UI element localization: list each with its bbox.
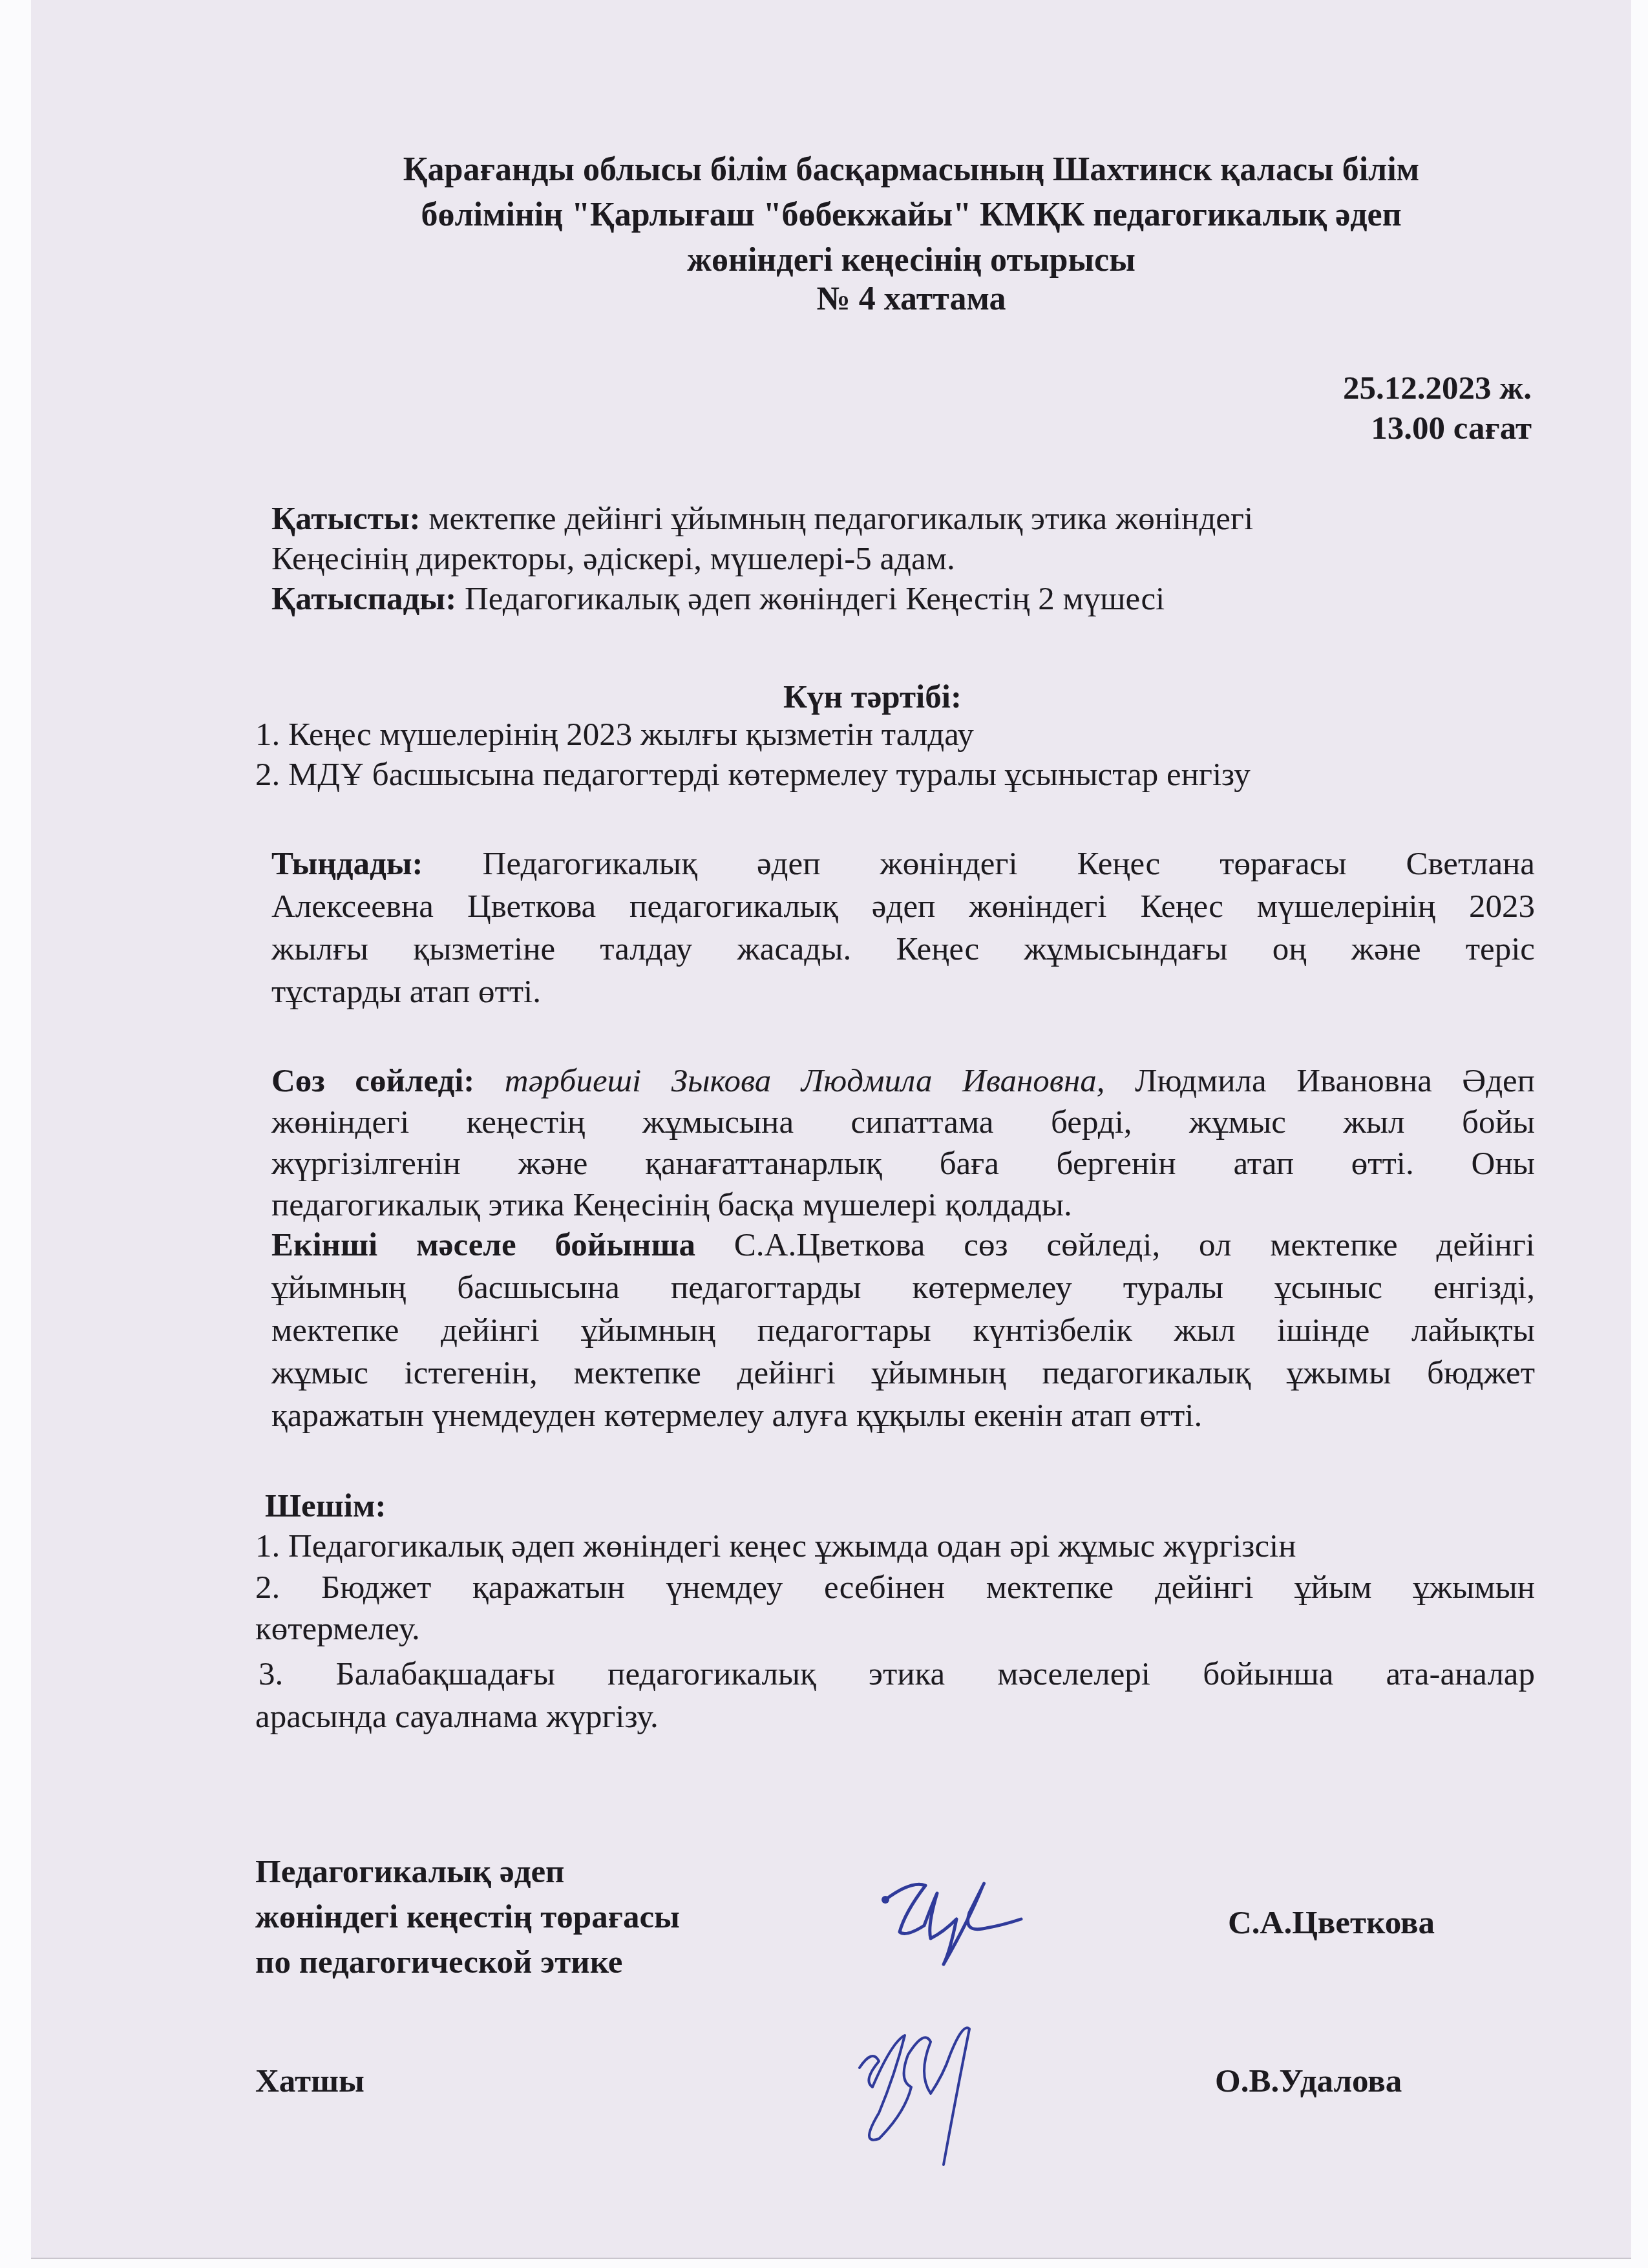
- protocol-number: № 4 хаттама: [310, 279, 1512, 319]
- title-line-2: бөлімінің "Қарлығаш "бөбекжайы" КМҚК пед…: [310, 195, 1512, 235]
- second-issue-line-1: Екінші мәселе бойынша С.А.Цветкова сөз с…: [271, 1225, 1535, 1265]
- spoke-line-4: педагогикалық этика Кеңесінің басқа мүше…: [271, 1185, 1072, 1225]
- title-line-1: Қарағанды облысы білім басқармасының Шах…: [310, 150, 1512, 190]
- absent-label: Қатыспады:: [271, 581, 456, 617]
- spoke-label: Сөз сөйледі:: [271, 1063, 474, 1099]
- present-text: мектепке дейінгі ұйымның педагогикалық э…: [428, 501, 1253, 537]
- agenda-item-2: 2. МДҰ басшысына педагогтерді көтермелеу…: [255, 755, 1251, 795]
- speaker-name: тәрбиеші Зыкова Людмила Ивановна,: [505, 1063, 1105, 1099]
- absent-line: Қатыспады: Педагогикалық әдеп жөніндегі …: [271, 579, 1165, 619]
- meeting-date: 25.12.2023 ж.: [1163, 368, 1532, 408]
- second-issue-line-2: ұйымның басшысына педагогтарды көтермеле…: [271, 1268, 1535, 1308]
- spoke-line-3: жүргізілгенін және қанағаттанарлық баға …: [271, 1144, 1535, 1184]
- chair-title-line-1: Педагогикалық әдеп: [255, 1849, 564, 1895]
- decision-heading: Шешім:: [265, 1486, 386, 1526]
- second-issue-line-5: қаражатын үнемдеуден көтермелеу алуға құ…: [271, 1396, 1202, 1436]
- chair-signature: [866, 1861, 1034, 1990]
- spoke-line-2: жөніндегі кеңестің жұмысына сипаттама бе…: [271, 1102, 1535, 1142]
- present-label: Қатысты:: [271, 501, 421, 537]
- chair-name: С.А.Цветкова: [1228, 1903, 1435, 1943]
- secretary-title: Хатшы: [255, 2061, 364, 2101]
- second-issue-text-1: С.А.Цветкова сөз сөйледі, ол мектепке де…: [734, 1227, 1535, 1263]
- agenda-heading: Күн тәртібі:: [0, 677, 1648, 717]
- present-line-2: Кеңесінің директоры, әдіскері, мүшелері-…: [271, 539, 955, 579]
- secretary-name: О.В.Удалова: [1215, 2061, 1402, 2101]
- spoke-line-1: Сөз сөйледі: тәрбиеші Зыкова Людмила Ива…: [271, 1061, 1535, 1101]
- chair-title-line-3: по педагогической этике: [255, 1940, 622, 1985]
- decision-line-1: 1. Педагогикалық әдеп жөніндегі кеңес ұж…: [255, 1526, 1296, 1566]
- meeting-time: 13.00 сағат: [1163, 408, 1532, 448]
- second-issue-line-4: жұмыс істегенін, мектепке дейінгі ұйымны…: [271, 1353, 1535, 1393]
- listened-line-4: тұстарды атап өтті.: [271, 972, 541, 1012]
- listened-line-1: Тыңдады: Педагогикалық әдеп жөніндегі Ке…: [271, 844, 1535, 884]
- second-issue-line-3: мектепке дейінгі ұйымның педагогтары күн…: [271, 1310, 1535, 1350]
- listened-line-3: жылғы қызметіне талдау жасады. Кеңес жұм…: [271, 929, 1535, 969]
- spoke-text-1: Людмила Ивановна Әдеп: [1135, 1063, 1535, 1099]
- decision-line-2: 2. Бюджет қаражатын үнемдеу есебінен мек…: [255, 1568, 1535, 1608]
- present-line-1: Қатысты: мектепке дейінгі ұйымның педаго…: [271, 499, 1253, 539]
- secretary-signature: [834, 2016, 1002, 2171]
- title-line-3: жөніндегі кеңесінің отырысы: [310, 240, 1512, 280]
- listened-label: Тыңдады:: [271, 846, 423, 882]
- decision-line-4: 3. Балабақшадағы педагогикалық этика мәс…: [259, 1654, 1535, 1694]
- decision-line-5: арасында сауалнама жүргізу.: [255, 1697, 659, 1737]
- listened-text-1: Педагогикалық әдеп жөніндегі Кеңес төрағ…: [483, 846, 1535, 882]
- second-issue-label: Екінші мәселе бойынша: [271, 1227, 695, 1263]
- listened-line-2: Алексеевна Цветкова педагогикалық әдеп ж…: [271, 887, 1535, 927]
- agenda-item-1: 1. Кеңес мүшелерінің 2023 жылғы қызметін…: [255, 715, 974, 755]
- absent-text: Педагогикалық әдеп жөніндегі Кеңестің 2 …: [465, 581, 1165, 617]
- decision-line-3: көтермелеу.: [255, 1609, 420, 1649]
- chair-title-line-2: жөніндегі кеңестің төрағасы: [255, 1895, 680, 1940]
